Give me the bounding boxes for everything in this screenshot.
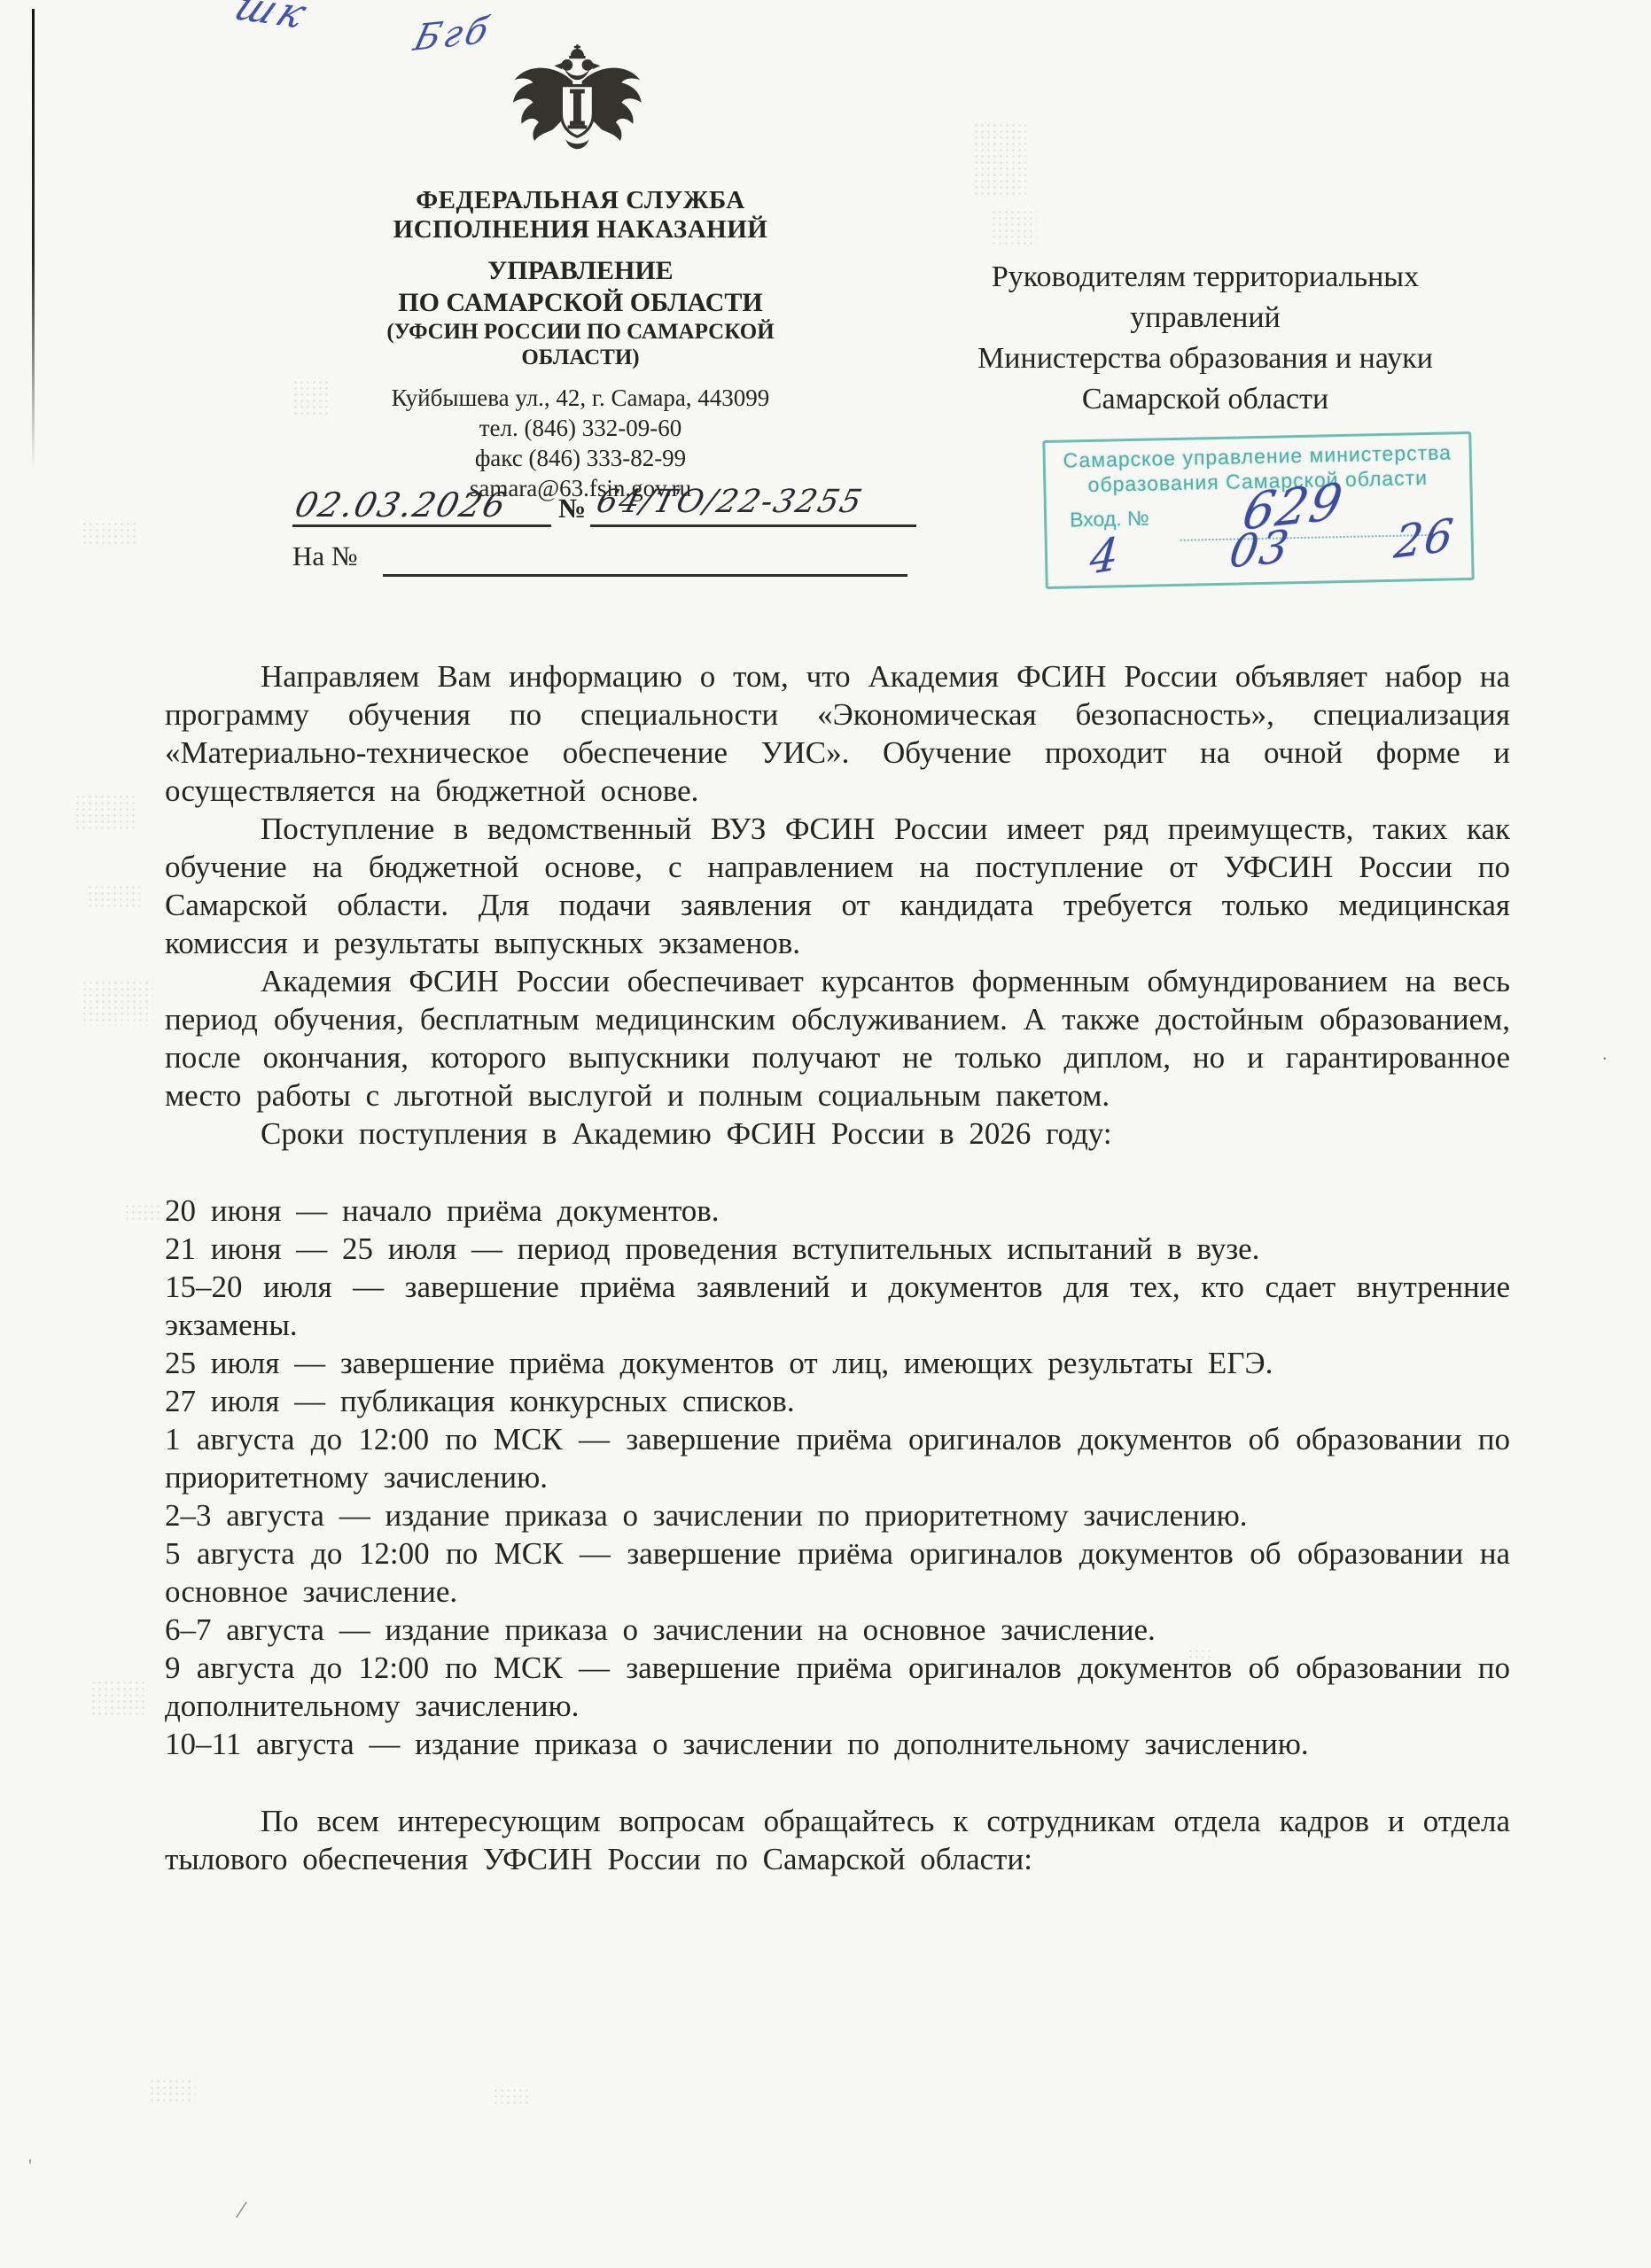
letter-body: Направляем Вам информацию о том, что Ака… [165, 657, 1510, 1878]
scan-dot: . [1602, 1042, 1608, 1065]
scan-noise-patch [124, 1203, 163, 1223]
handwritten-entry-day: 4 [1088, 527, 1122, 585]
scan-noise-patch [82, 521, 138, 548]
schedule-item: 10–11 августа — издание приказа о зачисл… [165, 1725, 1510, 1763]
schedule-item: 5 августа до 12:00 по МСК — завершение п… [165, 1534, 1510, 1611]
schedule-item: 1 августа до 12:00 по МСК — завершение п… [165, 1420, 1510, 1496]
handwritten-outgoing-date: 02.03.2026 [292, 485, 512, 524]
recipient-line: Министерства образования и науки [917, 338, 1493, 379]
recipient-line: Руководителям территориальных [917, 257, 1493, 298]
scan-artifact-line [32, 9, 35, 470]
body-paragraph: Сроки поступления в Академию ФСИН России… [165, 1115, 1510, 1153]
dept-subname-line1: (УФСИН РОССИИ ПО САМАРСКОЙ [270, 319, 891, 345]
dept-subname-line2: ОБЛАСТИ) [270, 345, 891, 370]
fsin-eagle-emblem [499, 44, 655, 167]
handwritten-scribble-top-left: шк [227, 0, 318, 37]
letterhead: ФЕДЕРАЛЬНАЯ СЛУЖБА ИСПОЛНЕНИЯ НАКАЗАНИЙ … [270, 186, 891, 503]
reply-reference-row: На № [292, 537, 922, 579]
schedule-item: 25 июля — завершение приёма документов о… [165, 1344, 1510, 1382]
dept-name-line2: ПО САМАРСКОЙ ОБЛАСТИ [270, 287, 891, 319]
stamp-entry-number-label: Вход. № [1070, 507, 1149, 532]
closing-paragraph: По всем интересующим вопросам обращайтес… [165, 1802, 1510, 1878]
incoming-registration-stamp: Самарское управление министерства образо… [1042, 431, 1474, 589]
scan-noise-patch [292, 379, 328, 415]
admission-schedule: 20 июня — начало приёма документов.21 ию… [165, 1192, 1510, 1763]
scan-noise-patch [991, 209, 1037, 245]
reply-to-label: На № [292, 540, 357, 572]
schedule-item: 2–3 августа — издание приказа о зачислен… [165, 1496, 1510, 1534]
scanned-letter-page: шк Бгб ФЕДЕРАЛЬНАЯ СЛУЖБА ИСПОЛНЕНИЯ НАК… [0, 0, 1651, 2268]
number-underline [590, 524, 916, 527]
org-address: Куйбышева ул., 42, г. Самара, 443099 [270, 383, 891, 413]
body-paragraphs: Направляем Вам информацию о том, что Ака… [165, 657, 1510, 1153]
body-paragraph: Направляем Вам информацию о том, что Ака… [165, 657, 1510, 810]
org-name-line1: ФЕДЕРАЛЬНАЯ СЛУЖБА [270, 186, 891, 215]
org-phone: тел. (846) 332-09-60 [270, 413, 891, 443]
schedule-item: 6–7 августа — издание приказа о зачислен… [165, 1611, 1510, 1649]
org-name-line2: ИСПОЛНЕНИЯ НАКАЗАНИЙ [270, 215, 891, 245]
recipient-line: управлений [917, 298, 1493, 338]
scan-noise-patch [74, 794, 138, 831]
schedule-item: 15–20 июля — завершение приёма заявлений… [165, 1268, 1510, 1344]
handwritten-entry-year: 26 [1391, 509, 1457, 569]
number-sign-label: № [558, 493, 586, 524]
schedule-item: 20 июня — начало приёма документов. [165, 1192, 1510, 1230]
handwritten-scribble-top: Бгб [409, 10, 495, 59]
reply-underline [383, 574, 907, 577]
scan-noise-patch [1188, 1648, 1214, 1666]
body-paragraph: Поступление в ведомственный ВУЗ ФСИН Рос… [165, 810, 1510, 962]
date-underline [292, 524, 551, 527]
outgoing-reference-row: 02.03.2026 № 64/ТО/22-3255 [292, 484, 922, 533]
body-paragraph: Академия ФСИН России обеспечивает курсан… [165, 962, 1510, 1115]
schedule-item: 9 августа до 12:00 по МСК — завершение п… [165, 1649, 1510, 1725]
scan-noise-patch [82, 980, 152, 1026]
handwritten-entry-month: 03 [1226, 520, 1293, 578]
scan-noise-patch [149, 2078, 195, 2101]
scan-noise-patch [90, 1680, 145, 1717]
recipient-block: Руководителям территориальныхуправленийМ… [917, 257, 1493, 420]
schedule-item: 21 июня — 25 июля — период проведения вс… [165, 1230, 1510, 1268]
org-fax: факс (846) 333-82-99 [270, 443, 891, 473]
stray-pen-mark: / [234, 2194, 248, 2225]
dept-name-line1: УПРАВЛЕНИЕ [270, 255, 891, 287]
recipient-line: Самарской области [917, 379, 1493, 420]
scan-dot: ' [28, 2155, 32, 2178]
schedule-item: 27 июля — публикация конкурсных списков. [165, 1382, 1510, 1420]
scan-noise-patch [493, 2087, 530, 2107]
scan-noise-patch [87, 884, 140, 911]
scan-noise-patch [973, 122, 1026, 197]
handwritten-outgoing-number: 64/ТО/22-3255 [593, 484, 867, 520]
